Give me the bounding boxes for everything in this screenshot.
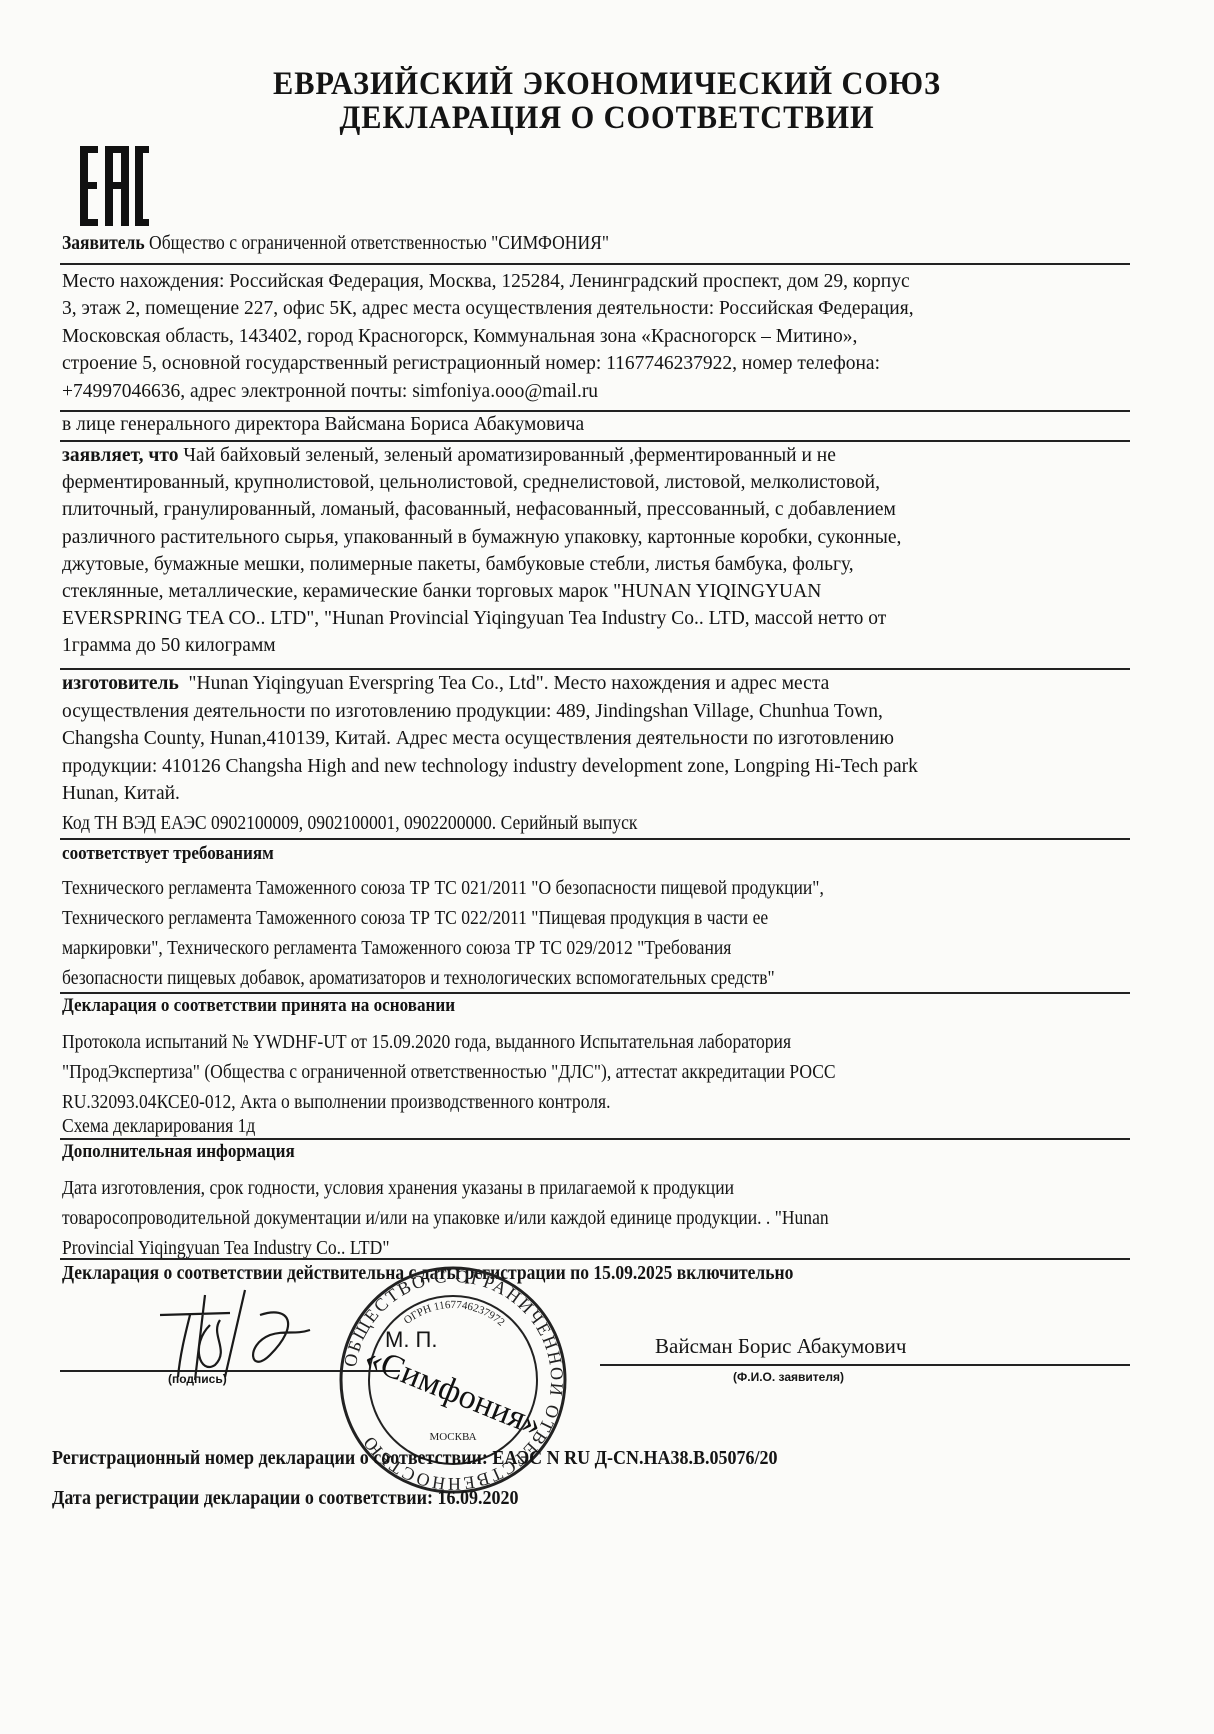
requirements-list: Технического регламента Таможенного союз… bbox=[62, 874, 1133, 994]
additional-info: Дата изготовления, срок годности, услови… bbox=[62, 1174, 1133, 1264]
requirement-line: маркировки", Технического регламента Там… bbox=[62, 934, 1133, 964]
signer-name: Вайсман Борис Абакумович bbox=[655, 1334, 906, 1359]
manufacturer-line: "Hunan Yiqingyuan Everspring Tea Co., Lt… bbox=[189, 673, 830, 694]
product-line: стеклянные, металлические, керамические … bbox=[62, 578, 1132, 605]
signer-label: (Ф.И.О. заявителя) bbox=[733, 1370, 844, 1384]
manufacturer-line: продукции: 410126 Changsha High and new … bbox=[62, 753, 1132, 781]
stamp-center: «Симфония» bbox=[359, 1339, 547, 1444]
basis-line: Протокола испытаний № YWDHF-UT от 15.09.… bbox=[62, 1028, 1133, 1058]
manufacturer-line: осуществления деятельности по изготовлен… bbox=[62, 698, 1132, 726]
registration-date: 16.09.2020 bbox=[438, 1487, 519, 1509]
address-line: Московская область, 143402, город Красно… bbox=[62, 323, 1132, 350]
applicant-address: Место нахождения: Российская Федерация, … bbox=[62, 268, 1132, 405]
signer-line bbox=[600, 1364, 1130, 1366]
product-line: 1грамма до 50 килограмм bbox=[62, 632, 1132, 659]
registration-number: ЕАЭС N RU Д-CN.НА38.В.05076/20 bbox=[492, 1447, 777, 1469]
applicant-value: Общество с ограниченной ответственностью… bbox=[149, 233, 609, 254]
applicant-representative: в лице генерального директора Вайсмана Б… bbox=[62, 411, 1132, 438]
product-description: заявляет, что Чай байховый зеленый, зеле… bbox=[62, 442, 1132, 660]
product-line: EVERSPRING TEA CO.. LTD", "Hunan Provinc… bbox=[62, 605, 1132, 632]
registration-number-label: Регистрационный номер декларации о соотв… bbox=[52, 1447, 488, 1469]
product-label: заявляет, что bbox=[62, 445, 179, 466]
address-line: +74997046636, адрес электронной почты: s… bbox=[62, 378, 1132, 405]
tn-ved-code: Код ТН ВЭД ЕАЭС 0902100009, 0902100001, … bbox=[62, 810, 1133, 837]
basis-line: "ПродЭкспертиза" (Общества с ограниченно… bbox=[62, 1058, 1133, 1088]
union-title: ЕВРАЗИЙСКИЙ ЭКОНОМИЧЕСКИЙ СОЮЗ bbox=[49, 66, 1166, 103]
additional-line: Дата изготовления, срок годности, услови… bbox=[62, 1174, 1133, 1204]
product-line: джутовые, бумажные мешки, полимерные пак… bbox=[62, 551, 1132, 578]
requirements-label: соответствует требованиям bbox=[62, 840, 1133, 867]
basis-label: Декларация о соответствии принята на осн… bbox=[62, 992, 1133, 1019]
stamp-mark: М. П. bbox=[385, 1327, 437, 1353]
product-line: Чай байховый зеленый, зеленый ароматизир… bbox=[183, 445, 836, 466]
requirement-line: Технического регламента Таможенного союз… bbox=[62, 874, 1133, 904]
document-title: ДЕКЛАРАЦИЯ О СООТВЕТСТВИИ bbox=[49, 100, 1166, 137]
manufacturer-line: Changsha County, Hunan,410139, Китай. Ад… bbox=[62, 725, 1132, 753]
address-line: строение 5, основной государственный рег… bbox=[62, 350, 1132, 377]
manufacturer-info: изготовитель "Hunan Yiqingyuan Eversprin… bbox=[62, 670, 1132, 808]
divider bbox=[60, 263, 1130, 265]
product-line: ферментированный, крупнолистовой, цельно… bbox=[62, 469, 1132, 496]
additional-label: Дополнительная информация bbox=[62, 1138, 1133, 1165]
applicant-line: Заявитель Общество с ограниченной ответс… bbox=[62, 230, 1133, 257]
requirement-line: Технического регламента Таможенного союз… bbox=[62, 904, 1133, 934]
product-line: различного растительного сырья, упакован… bbox=[62, 524, 1132, 551]
manufacturer-label: изготовитель bbox=[62, 673, 179, 694]
registration-number-row: Регистрационный номер декларации о соотв… bbox=[52, 1445, 1123, 1472]
manufacturer-line: Hunan, Китай. bbox=[62, 780, 1132, 808]
address-line: Место нахождения: Российская Федерация, … bbox=[62, 268, 1132, 295]
validity-statement: Декларация о соответствии действительна … bbox=[62, 1260, 1133, 1287]
stamp-city: МОСКВА bbox=[429, 1431, 476, 1443]
signature-icon bbox=[150, 1285, 320, 1385]
eac-logo-icon bbox=[80, 146, 148, 226]
registration-date-row: Дата регистрации декларации о соответств… bbox=[52, 1485, 1123, 1512]
address-line: 3, этаж 2, помещение 227, офис 5К, адрес… bbox=[62, 295, 1132, 322]
product-line: плиточный, гранулированный, ломаный, фас… bbox=[62, 496, 1132, 523]
basis-list: Протокола испытаний № YWDHF-UT от 15.09.… bbox=[62, 1028, 1133, 1142]
requirement-line: безопасности пищевых добавок, ароматизат… bbox=[62, 964, 1133, 994]
additional-line: товаросопроводительной документации и/ил… bbox=[62, 1204, 1133, 1234]
applicant-label: Заявитель bbox=[62, 233, 145, 254]
registration-date-label: Дата регистрации декларации о соответств… bbox=[52, 1487, 433, 1509]
